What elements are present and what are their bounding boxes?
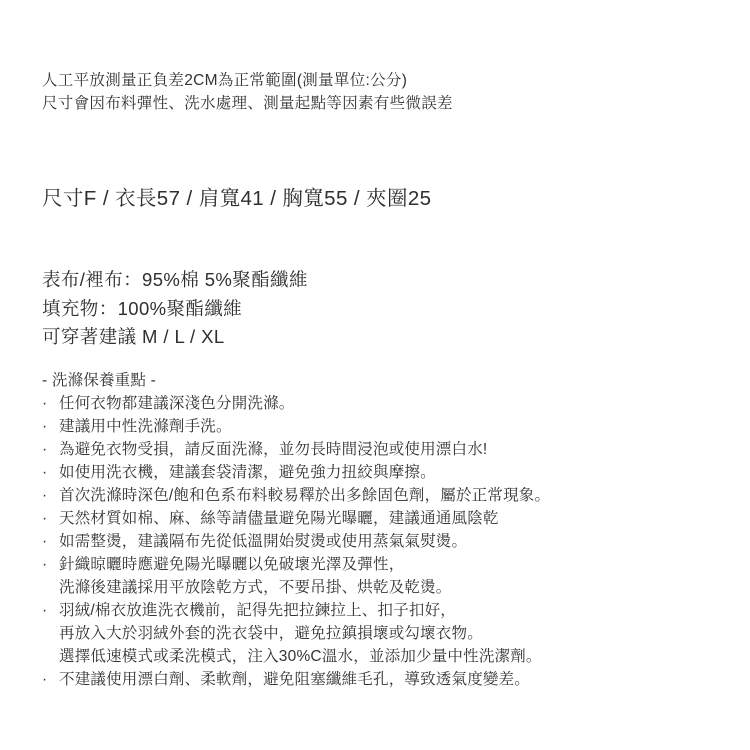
bullet-dot: ·	[42, 668, 59, 691]
care-instruction-text: 選擇低速模式或柔洗模式，注入30%C溫水，並添加少量中性洗潔劑。	[59, 645, 542, 668]
measurement-note-line1: 人工平放測量正負差2CM為正常範圍(測量單位:公分)	[42, 69, 453, 92]
care-instruction-text: 羽絨/棉衣放進洗衣機前，記得先把拉鍊拉上、扣子扣好，	[59, 599, 456, 622]
care-instruction-continuation-line: 再放入大於羽絨外套的洗衣袋中，避免拉鎮損壞或勾壞衣物。	[42, 622, 550, 645]
care-instruction-line: · 羽絨/棉衣放進洗衣機前，記得先把拉鍊拉上、扣子扣好，	[42, 599, 550, 622]
bullet-spacer	[42, 576, 59, 599]
care-instruction-text: 再放入大於羽絨外套的洗衣袋中，避免拉鎮損壞或勾壞衣物。	[59, 622, 483, 645]
care-instruction-line: · 如使用洗衣機，建議套袋清潔，避免強力扭絞與摩擦。	[42, 461, 550, 484]
care-instructions: - 洗滌保養重點 - · 任何衣物都建議深淺色分開洗滌。 · 建議用中性洗滌劑手…	[42, 369, 550, 691]
bullet-dot: ·	[42, 530, 59, 553]
material-filling: 填充物：100%聚酯纖維	[42, 295, 308, 324]
material-fit-advice: 可穿著建議 M / L / XL	[42, 323, 308, 352]
size-spec: 尺寸F / 衣長57 / 肩寬41 / 胸寬55 / 夾圈25	[42, 185, 431, 213]
care-instruction-text: 如需整燙，建議隔布先從低溫開始熨燙或使用蒸氣氣熨燙。	[59, 530, 467, 553]
care-instruction-line: · 為避免衣物受損，請反面洗滌，並勿長時間浸泡或使用漂白水!	[42, 438, 550, 461]
bullet-dot: ·	[42, 461, 59, 484]
bullet-dot: ·	[42, 392, 59, 415]
bullet-dot: ·	[42, 438, 59, 461]
care-instruction-line: · 建議用中性洗滌劑手洗。	[42, 415, 550, 438]
care-instruction-line: · 不建議使用漂白劑、柔軟劑，避免阻塞纖維毛孔，導致透氣度變差。	[42, 668, 550, 691]
care-instruction-text: 不建議使用漂白劑、柔軟劑，避免阻塞纖維毛孔，導致透氣度變差。	[59, 668, 530, 691]
product-care-page: 人工平放測量正負差2CM為正常範圍(測量單位:公分) 尺寸會因布料彈性、洗水處理…	[0, 0, 750, 750]
care-instruction-continuation-line: 選擇低速模式或柔洗模式，注入30%C溫水，並添加少量中性洗潔劑。	[42, 645, 550, 668]
care-instruction-line: · 任何衣物都建議深淺色分開洗滌。	[42, 392, 550, 415]
bullet-dot: ·	[42, 599, 59, 622]
care-instruction-text: 建議用中性洗滌劑手洗。	[59, 415, 232, 438]
measurement-note: 人工平放測量正負差2CM為正常範圍(測量單位:公分) 尺寸會因布料彈性、洗水處理…	[42, 69, 453, 115]
care-instruction-text: 如使用洗衣機，建議套袋清潔，避免強力扭絞與摩擦。	[59, 461, 436, 484]
care-instruction-text: 為避免衣物受損，請反面洗滌，並勿長時間浸泡或使用漂白水!	[59, 438, 487, 461]
bullet-spacer	[42, 645, 59, 668]
care-instruction-line: · 如需整燙，建議隔布先從低溫開始熨燙或使用蒸氣氣熨燙。	[42, 530, 550, 553]
care-instruction-text: 洗滌後建議採用平放陰乾方式，不要吊掛、烘乾及乾燙。	[59, 576, 452, 599]
care-instruction-continuation-line: 洗滌後建議採用平放陰乾方式，不要吊掛、烘乾及乾燙。	[42, 576, 550, 599]
material-shell-lining: 表布/裡布：95%棉 5%聚酯纖維	[42, 266, 308, 295]
bullet-dot: ·	[42, 507, 59, 530]
care-instruction-line: · 首次洗滌時深色/飽和色系布料較易釋於出多餘固色劑，屬於正常現象。	[42, 484, 550, 507]
care-heading: - 洗滌保養重點 -	[42, 369, 550, 392]
care-instruction-line: · 天然材質如棉、麻、絲等請儘量避免陽光曝曬，建議通通風陰乾	[42, 507, 550, 530]
bullet-dot: ·	[42, 553, 59, 576]
care-instruction-text: 針織晾曬時應避免陽光曝曬以免破壞光澤及彈性，	[59, 553, 404, 576]
care-instruction-text: 天然材質如棉、麻、絲等請儘量避免陽光曝曬，建議通通風陰乾	[59, 507, 499, 530]
material-info: 表布/裡布：95%棉 5%聚酯纖維 填充物：100%聚酯纖維 可穿著建議 M /…	[42, 266, 308, 352]
measurement-note-line2: 尺寸會因布料彈性、洗水處理、測量起點等因素有些微誤差	[42, 92, 453, 115]
bullet-dot: ·	[42, 484, 59, 507]
care-instruction-text: 首次洗滌時深色/飽和色系布料較易釋於出多餘固色劑，屬於正常現象。	[59, 484, 550, 507]
care-instruction-text: 任何衣物都建議深淺色分開洗滌。	[59, 392, 295, 415]
care-instruction-line: · 針織晾曬時應避免陽光曝曬以免破壞光澤及彈性，	[42, 553, 550, 576]
bullet-spacer	[42, 622, 59, 645]
size-spec-line: 尺寸F / 衣長57 / 肩寬41 / 胸寬55 / 夾圈25	[42, 185, 431, 213]
bullet-dot: ·	[42, 415, 59, 438]
